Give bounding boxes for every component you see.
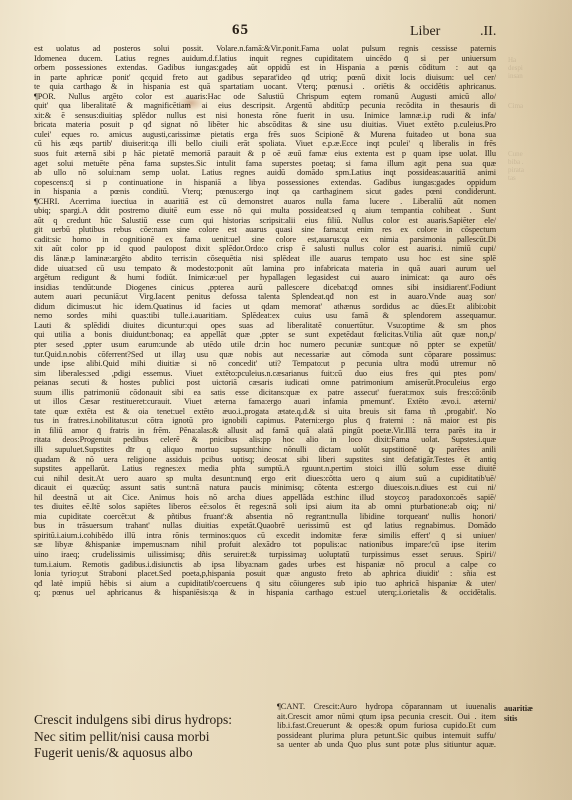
commentary-line: insidias tendūt:unde Diogenes cinicus ,p…: [34, 283, 496, 293]
commentary-line: suum illis patrimoniū cōdonauit sibi ea …: [34, 388, 496, 398]
commentary-line: bricata materia posuit p qđ signat nō li…: [34, 120, 496, 130]
showthrough-word: Cima: [508, 102, 523, 111]
commentary-line: dis lānæ.p laminæ:argēto abdito terris:i…: [34, 254, 496, 264]
commentary-line: orbem possessiones extendas. Gadibus iun…: [34, 63, 496, 73]
commentary-line: ¶CANT. Crescit:Auro hydropa cōparannam u…: [277, 702, 496, 712]
commentary-line: mia cupiditate coercēt:ut & pñtibus frua…: [34, 512, 496, 522]
commentary-line: hil deestnā ut ait Cice. Animus hois nō …: [34, 493, 496, 503]
commentary-line: xit aūt color pp id quod paulopost dixit…: [34, 244, 496, 254]
commentary-line: uino iraeq; crudelissimis uilissimisq; d…: [34, 550, 496, 560]
bottom-commentary-block: ¶CANT. Crescit:Auro hydropa cōparannam u…: [277, 702, 496, 750]
verse-line: Crescit indulgens sibi dirus hydrops:: [34, 712, 264, 729]
commentary-line: quit' qua liberalitatē & magnificētiam a…: [34, 101, 496, 111]
folio-number: 65: [232, 22, 249, 39]
showthrough-word: insan: [508, 72, 523, 81]
commentary-line: bus in trāsuersum trahant' nullas diuiti…: [34, 521, 496, 531]
commentary-line: argētum redigunt & humi fodiūt. Inimicæ:…: [34, 273, 496, 283]
commentary-line: suos fuit æternā sibi p hāc pietatē memo…: [34, 149, 496, 159]
commentary-line: culei' eques ro. amicus augusti,carissim…: [34, 130, 496, 140]
commentary-line: aūt q credunt hūc Salustiū esse cum qui …: [34, 216, 496, 226]
commentary-line: tate quæ extēta est & oia tenet:uel extē…: [34, 407, 496, 417]
commentary-line: Lauti & splēdidi diuites dicuntur:qui op…: [34, 321, 496, 331]
commentary-line: dide uiuat:sed cū usu tempato & modesto:…: [34, 264, 496, 274]
verse-quotation: Crescit indulgens sibi dirus hydrops:Nec…: [34, 712, 264, 762]
showthrough-word: tas: [508, 174, 516, 183]
commentary-line: qui utilia a bonis diuidunt:bonaq; ea ap…: [34, 330, 496, 340]
commentary-line: xit:& ē sensus:diuitiaș splēdor nullus e…: [34, 111, 496, 121]
commentary-line: tes diuites eē.Itē solos sapiētes libero…: [34, 502, 496, 512]
commentary-line: quadam & nō uera religione assiduis pcib…: [34, 455, 496, 465]
commentary-line: copescens:q̄ si p continuatione in hispa…: [34, 178, 496, 188]
commentary-line: aget solui metuēte pēna fama supstes.Sic…: [34, 159, 496, 169]
verse-line: Fugerit uenis/& aquosus albo: [34, 745, 264, 762]
commentary-line: cū his æqs partib' diuiserit:qa illi bel…: [34, 139, 496, 149]
book-page: 65 Liber .II. est uolatus ad posteros so…: [0, 0, 572, 800]
commentary-line: autem auari pecuniā:ut Virg.Iacent penit…: [34, 292, 496, 302]
commentary-line: ait.Crescit amor nūmi qtum ipsa pecunia …: [277, 712, 496, 722]
running-head: Liber: [410, 24, 440, 40]
book-number: .II.: [480, 24, 496, 40]
commentary-line: q; pœnus uel aphricanus & hispaniēsis:qa…: [34, 588, 496, 598]
commentary-line: in hispania a pœnis conditū. Vterq; pœnu…: [34, 187, 496, 197]
commentary-line: cadit:sic homo in cognitionē ex fama uen…: [34, 235, 496, 245]
commentary-line: ¶CHRI. Acerrima iuectiua in auaritiā est…: [34, 197, 496, 207]
commentary-line: lonia tyrioȝ:ut Straboni placet.Sed poet…: [34, 569, 496, 579]
commentary-line: git uerbū plutibus rebus cōe:nam sine co…: [34, 225, 496, 235]
commentary-line: supstites appellarūt. Latius regnes:ex m…: [34, 464, 496, 474]
commentary-line: dicauit ei quæcūq; assunt satis sunt:nā …: [34, 483, 496, 493]
commentary-line: in filiū amor q̄ fratris in frēm. Pēna:a…: [34, 426, 496, 436]
commentary-line: nemo sordes mihi quas:tibi tulle.i.auari…: [34, 311, 496, 321]
commentary-line: ab ullo nō solui:nam semp uolat. Latius …: [34, 168, 496, 178]
commentary-line: tus in fratres.i.nobilitatus:ut cōtra ig…: [34, 416, 496, 426]
verse-line: Nec sitim pellit/nisi causa morbi: [34, 729, 264, 746]
commentary-line: illi supuluet.Supstites dīr q aliquo mor…: [34, 445, 496, 455]
commentary-line: cui nihil desit.At uero auaro sp multa d…: [34, 474, 496, 484]
commentary-line: sa uenter ab unda Quo plus sunt potæ plu…: [277, 740, 496, 750]
commentary-line: qđ latè impiū hēbis si aium a cupiditati…: [34, 579, 496, 589]
page-header: 65 Liber .II.: [0, 22, 572, 42]
commentary-line: ut illos Cæsar restitueret:curauit. Viue…: [34, 397, 496, 407]
commentary-line: lib.i.fast.Creuerunt & opes:& opum furio…: [277, 721, 496, 731]
commentary-line: unde ipse alibi.Quid mihi diuitiæ si nō …: [34, 359, 496, 369]
commentary-line: peianas secuti & hostes publici post uic…: [34, 378, 496, 388]
commentary-line: est uolatus ad posteros solui possit. Vo…: [34, 44, 496, 54]
commentary-line: sæ libyæ &hispaniæ impemus:nam nihil pro…: [34, 540, 496, 550]
commentary-line: didum dicimus:ut hic idem.Quatinus id fa…: [34, 302, 496, 312]
commentary-line: spiritū.i.aium.i.cohibēdo illū intra rōn…: [34, 531, 496, 541]
commentary-line: tum.i.aium. Remotis gadibus.i.disiunctis…: [34, 560, 496, 570]
commentary-block: est uolatus ad posteros solui possit. Vo…: [34, 44, 496, 598]
commentary-line: sim liberales:sed ,pdigi essemus. Viuet …: [34, 369, 496, 379]
commentary-line: ubiq; spargi.A ddit postremo diuitē eum …: [34, 206, 496, 216]
commentary-line: in parte aphricæ ponit' qcquid freto aut…: [34, 73, 496, 83]
commentary-line: ritata deos:Progenuit pedibus celerē & p…: [34, 435, 496, 445]
commentary-line: tur.Quid.n.nobis cōferrent?Sed ut illaȝ …: [34, 350, 496, 360]
commentary-line: pter sesed ,ppter usum earum:unde ab utē…: [34, 340, 496, 350]
page-edge-shadow: [512, 0, 572, 800]
marginal-gloss: auaritiæ: [504, 704, 533, 714]
commentary-line: ¶POR. Nullus argēto color est auaris:Hac…: [34, 92, 496, 102]
marginal-gloss: sitis: [504, 714, 517, 724]
commentary-line: Idomenea ducem. Latius regnes auidum.d.f…: [34, 54, 496, 64]
commentary-line: possideant plurima plura petunt.Sic quib…: [277, 731, 496, 741]
commentary-line: te quia carthago & in hispania est quā s…: [34, 82, 496, 92]
